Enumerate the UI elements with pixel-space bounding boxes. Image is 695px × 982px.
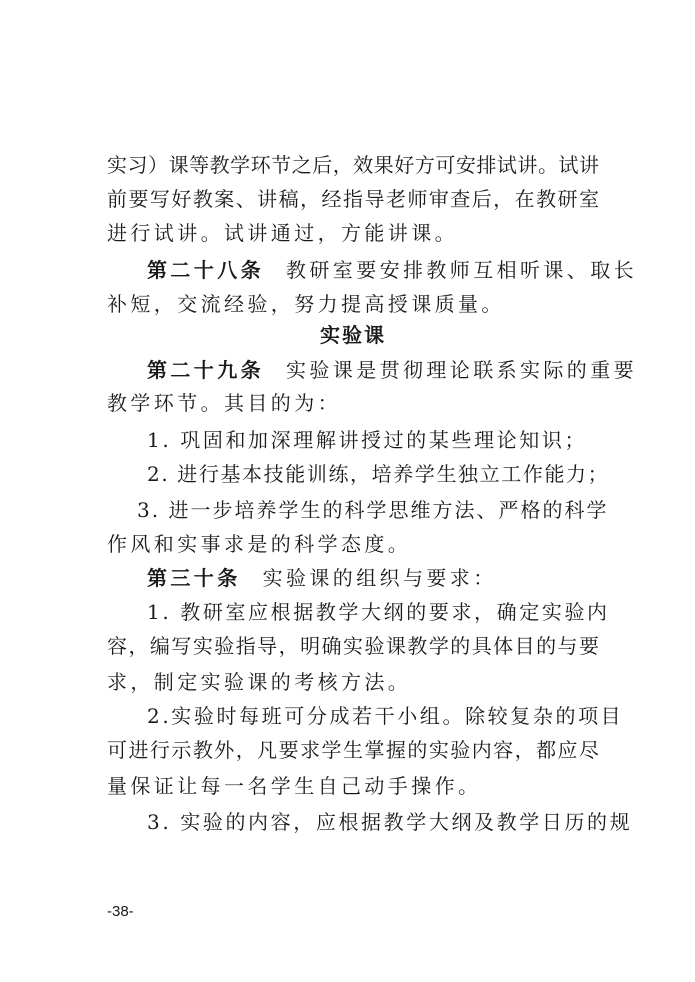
list-item: 3. 进一步培养学生的科学思维方法、严格的科学 [107, 495, 599, 525]
list-item: 2. 进行基本技能训练，培养学生独立工作能力； [107, 459, 599, 489]
paragraph-line: 前要写好教案、讲稿，经指导老师审查后，在教研室 [107, 184, 599, 214]
article-29: 第二十九条实验课是贯彻理论联系实际的重要 [107, 355, 599, 385]
paragraph-line: 求，制定实验课的考核方法。 [107, 667, 599, 697]
list-item: 1. 巩固和加深理解讲授过的某些理论知识； [107, 425, 599, 455]
article-text: 实验课的组织与要求： [263, 566, 497, 590]
article-30: 第三十条实验课的组织与要求： [107, 563, 599, 593]
list-item: 2.实验时每班可分成若干小组。除较复杂的项目 [107, 701, 599, 731]
document-page: 实习）课等教学环节之后，效果好方可安排试讲。试讲 前要写好教案、讲稿，经指导老师… [0, 0, 695, 982]
paragraph-line: 可进行示教外，凡要求学生掌握的实验内容，都应尽 [107, 735, 599, 765]
article-number: 第二十九条 [147, 358, 264, 382]
paragraph-line: 容，编写实验指导，明确实验课教学的具体目的与要 [107, 631, 599, 661]
article-number: 第二十八条 [147, 258, 264, 282]
paragraph-line: 教学环节。其目的为： [107, 388, 599, 418]
article-text: 教研室要安排教师互相听课、取长 [286, 258, 637, 282]
article-text: 实验课是贯彻理论联系实际的重要 [286, 358, 637, 382]
paragraph-line: 量保证让每一名学生自己动手操作。 [107, 771, 599, 801]
page-number: -38- [107, 902, 134, 922]
list-item: 1. 教研室应根据教学大纲的要求，确定实验内 [107, 597, 599, 627]
section-heading: 实验课 [107, 320, 599, 350]
paragraph-line: 补短，交流经验，努力提高授课质量。 [107, 289, 599, 319]
list-item: 3. 实验的内容，应根据教学大纲及教学日历的规 [107, 807, 599, 837]
paragraph-line: 作风和实事求是的科学态度。 [107, 529, 599, 559]
article-number: 第三十条 [147, 566, 241, 590]
paragraph-line: 进行试讲。试讲通过，方能讲课。 [107, 218, 599, 248]
article-28: 第二十八条教研室要安排教师互相听课、取长 [107, 255, 599, 285]
paragraph-line: 实习）课等教学环节之后，效果好方可安排试讲。试讲 [107, 150, 599, 180]
